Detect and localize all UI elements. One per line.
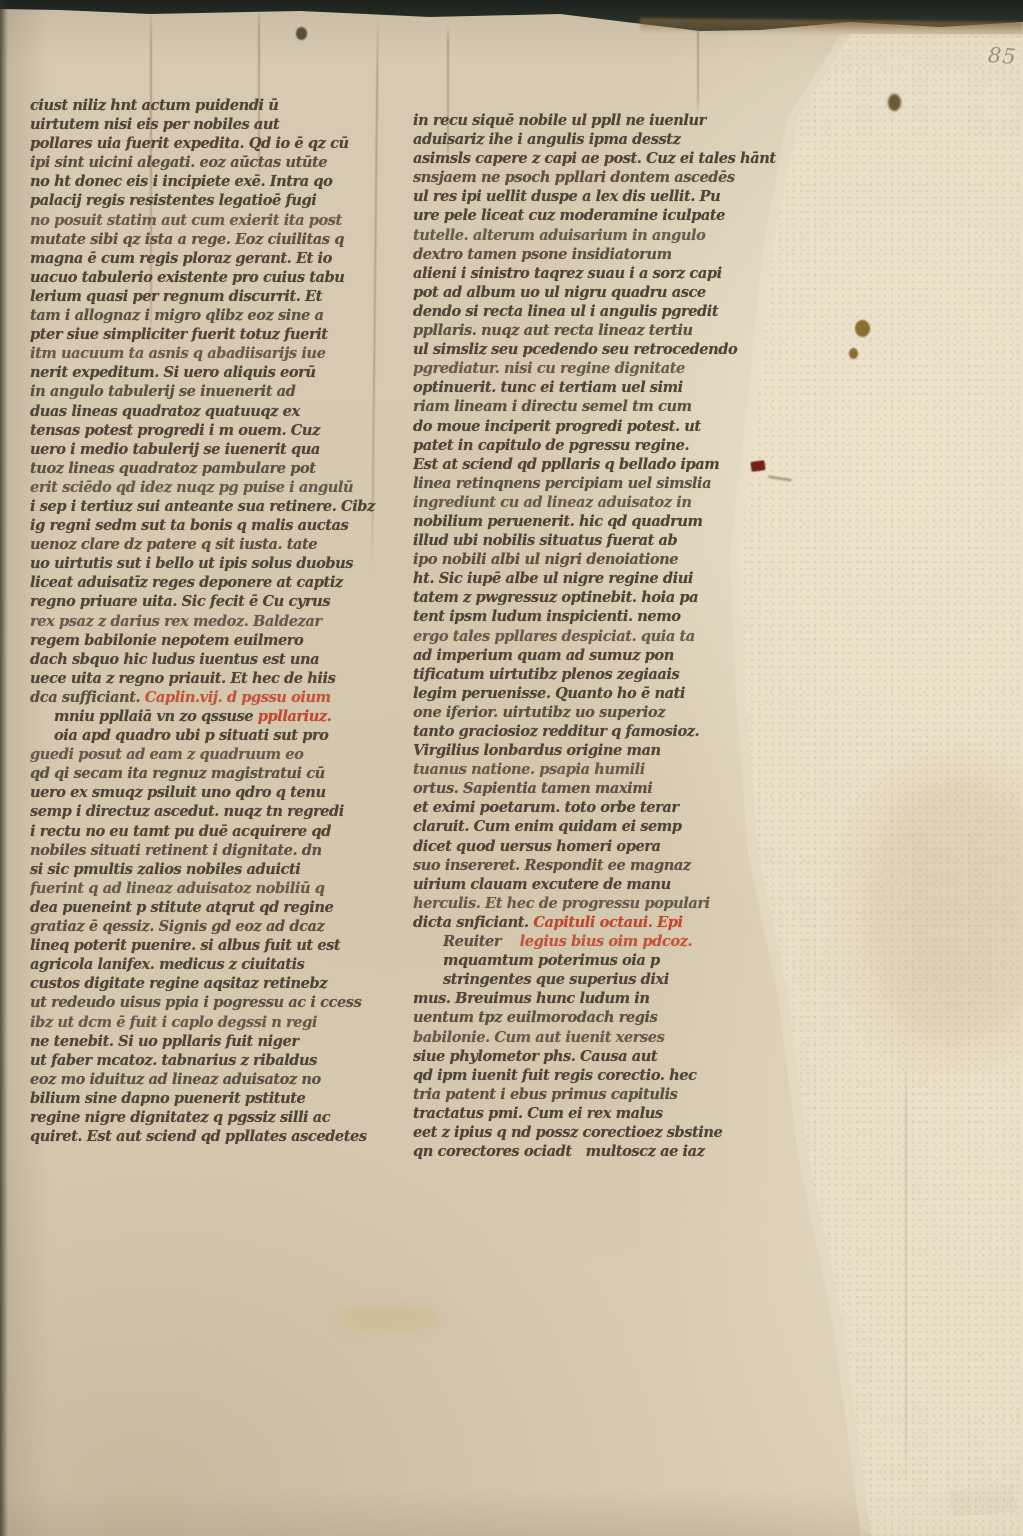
manuscript-line: uirtutem nisi eis per nobiles aut bbox=[30, 115, 402, 134]
body-text: pot ad album uo ul nigru quadru asce bbox=[413, 284, 706, 301]
body-text: eet z ipius q nd possz corectioez sbstin… bbox=[413, 1124, 722, 1141]
manuscript-line: in angulo tabulerij se inuenerit ad bbox=[30, 382, 402, 401]
body-text: stringentes que superius dixi bbox=[443, 971, 669, 988]
manuscript-line: herculis. Et hec de progressu populari bbox=[413, 894, 785, 913]
body-text: tensas potest progredi i m ouem. Cuz bbox=[30, 422, 320, 439]
body-text: tificatum uirtutibz plenos zegiaais bbox=[413, 666, 679, 683]
body-text: qd qi secam ita regnuz magistratui cū bbox=[30, 765, 325, 782]
body-text: itm uacuum ta asnis q abadiisarijs iue bbox=[30, 345, 325, 362]
manuscript-line: tatem z pwgressuz optinebit. hoia pa bbox=[413, 588, 785, 607]
body-text: patet in capitulo de pgressu regine. bbox=[413, 437, 689, 454]
body-text: tria patent i ebus primus capitulis bbox=[413, 1086, 677, 1103]
manuscript-line: dea pueneint p stitute atqrut qd regine bbox=[30, 898, 402, 917]
body-text: ingrediunt cu ad lineaz aduisatoz in bbox=[413, 494, 692, 511]
manuscript-line: tractatus pmi. Cum ei rex malus bbox=[413, 1104, 785, 1123]
body-text: mutate sibi qz ista a rege. Eoz ciuilita… bbox=[30, 231, 344, 248]
manuscript-line: ig regni sedm sut ta bonis q malis aucta… bbox=[30, 516, 402, 535]
body-text: tatem z pwgressuz optinebit. hoia pa bbox=[413, 589, 698, 606]
manuscript-line: qd qi secam ita regnuz magistratui cū bbox=[30, 764, 402, 783]
manuscript-line: ad imperium quam ad sumuz pon bbox=[413, 646, 785, 665]
body-text: rex psaz z darius rex medoz. Baldezar bbox=[30, 613, 322, 630]
body-text: bilium sine dapno puenerit pstitute bbox=[30, 1090, 305, 1107]
body-text: si sic pmultis zalios nobiles aduicti bbox=[30, 861, 300, 878]
body-text: ad imperium quam ad sumuz pon bbox=[413, 647, 674, 664]
rubric-text: Caplin.vij. d pgssu oium bbox=[145, 689, 331, 706]
body-text: dicet quod uersus homeri opera bbox=[413, 838, 661, 855]
manuscript-line: pter siue simpliciter fuerit totuz fueri… bbox=[30, 325, 402, 344]
body-text: herculis. Et hec de progressu populari bbox=[413, 895, 710, 912]
manuscript-line: lineq poterit puenire. si albus fuit ut … bbox=[30, 936, 402, 955]
body-text: gratiaz ē qessiz. Signis gd eoz ad dcaz bbox=[30, 918, 324, 935]
folio-number: 85 bbox=[987, 43, 1017, 69]
manuscript-line: legim peruenisse. Quanto ho ē nati bbox=[413, 684, 785, 703]
manuscript-line: qd ipm iuenit fuit regis corectio. hec bbox=[413, 1066, 785, 1085]
body-text: regno priuare uita. Sic fecit ē Cu cyrus bbox=[30, 593, 330, 610]
body-text: Virgilius lonbardus origine man bbox=[413, 742, 661, 759]
text-column-right: in recu siquē nobile ul ppll ne iuenlura… bbox=[413, 111, 785, 1167]
rubric-text: Capituli octaui. Epi bbox=[533, 914, 682, 931]
body-text: i sep i tertiuz sui anteante sua retiner… bbox=[30, 498, 375, 515]
manuscript-line: tam i allognaz i migro qlibz eoz sine a bbox=[30, 306, 402, 325]
manuscript-line: suo insereret. Respondit ee magnaz bbox=[413, 856, 785, 875]
manuscript-line: illud ubi nobilis situatus fuerat ab bbox=[413, 531, 785, 550]
body-text: no posuit statim aut cum exierit ita pos… bbox=[30, 212, 342, 229]
ink-fleck bbox=[296, 27, 307, 40]
body-text: in angulo tabulerij se inuenerit ad bbox=[30, 383, 295, 400]
manuscript-line: Est at sciend qd ppllaris q bellado ipam bbox=[413, 455, 785, 474]
manuscript-line: ut faber mcatoz. tabnarius z ribaldus bbox=[30, 1051, 402, 1070]
body-text: ul simsliz seu pcedendo seu retrocedendo bbox=[413, 341, 737, 358]
body-text: ortus. Sapientia tamen maximi bbox=[413, 780, 652, 797]
body-text: babilonie. Cum aut iuenit xerses bbox=[413, 1029, 664, 1046]
manuscript-line: uentum tpz euilmorodach regis bbox=[413, 1008, 785, 1027]
manuscript-line: liceat aduisatīz reges deponere at capti… bbox=[30, 573, 402, 592]
yellow-offset-mark bbox=[340, 1306, 440, 1330]
body-text: asimsls capere z capi ae post. Cuz ei ta… bbox=[413, 150, 776, 167]
body-text: tractatus pmi. Cum ei rex malus bbox=[413, 1105, 663, 1122]
body-text: mus. Breuimus hunc ludum in bbox=[413, 990, 650, 1007]
manuscript-line: agricola lanifex. medicus z ciuitatis bbox=[30, 955, 402, 974]
manuscript-line: custos digitate regine aqsitaz retinebz bbox=[30, 974, 402, 993]
manuscript-line: nobilium peruenerit. hic qd quadrum bbox=[413, 512, 785, 531]
body-text: uece uita z regno priauit. Et hec de hii… bbox=[30, 670, 335, 687]
body-text: claruit. Cum enim quidam ei semp bbox=[413, 818, 682, 835]
body-text: tuanus natione. psapia humili bbox=[413, 761, 645, 778]
manuscript-line: mus. Breuimus hunc ludum in bbox=[413, 989, 785, 1008]
body-text: i rectu no eu tamt pu duē acquirere qd bbox=[30, 823, 331, 840]
manuscript-line: dca sufficiant. Caplin.vij. d pgssu oium bbox=[30, 688, 402, 707]
text-column-left: ciust niliz hnt actum puidendi ūuirtutem… bbox=[30, 96, 402, 1152]
body-text: suo insereret. Respondit ee magnaz bbox=[413, 857, 691, 874]
manuscript-line: tanto graciosioz redditur q famosioz. bbox=[413, 722, 785, 741]
body-text: uenoz clare dz patere q sit iusta. tate bbox=[30, 536, 317, 553]
manuscript-line: pgrediatur. nisi cu regine dignitate bbox=[413, 359, 785, 378]
body-text: ibz ut dcm ē fuit i caplo degssi n regi bbox=[30, 1014, 317, 1031]
manuscript-line: ciust niliz hnt actum puidendi ū bbox=[30, 96, 402, 115]
body-text: palacij regis resistentes legatioē fugi bbox=[30, 192, 316, 209]
body-text: pgrediatur. nisi cu regine dignitate bbox=[413, 360, 685, 377]
body-text: ppllaris. nuqz aut recta lineaz tertiu bbox=[413, 322, 693, 339]
body-text: mquamtum poterimus oia p bbox=[443, 952, 660, 969]
manuscript-line: regem babilonie nepotem euilmero bbox=[30, 631, 402, 650]
manuscript-line: in recu siquē nobile ul ppll ne iuenlur bbox=[413, 111, 785, 130]
body-text: pter siue simpliciter fuerit totuz fueri… bbox=[30, 326, 328, 343]
body-text: uero i medio tabulerij se iuenerit qua bbox=[30, 441, 320, 458]
manuscript-line: ppllaris. nuqz aut recta lineaz tertiu bbox=[413, 321, 785, 340]
vertical-crease bbox=[905, 1060, 907, 1490]
body-text: et eximi poetarum. toto orbe terar bbox=[413, 799, 679, 816]
body-text: ergo tales ppllares despiciat. quia ta bbox=[413, 628, 695, 645]
body-text: uirtutem nisi eis per nobiles aut bbox=[30, 116, 279, 133]
manuscript-line: ul res ipi uellit duspe a lex dis uellit… bbox=[413, 187, 785, 206]
body-text: Reuiter bbox=[443, 933, 520, 950]
manuscript-line: oia apd quadro ubi p situati sut pro bbox=[30, 726, 402, 745]
body-text: dca sufficiant. bbox=[30, 689, 145, 706]
body-text: dextro tamen psone insidiatorum bbox=[413, 246, 672, 263]
body-text: fuerint q ad lineaz aduisatoz nobiliū q bbox=[30, 880, 325, 897]
manuscript-line: palacij regis resistentes legatioē fugi bbox=[30, 191, 402, 210]
body-text: snsjaem ne psoch ppllari dontem ascedēs bbox=[413, 169, 735, 186]
body-text: eoz mo iduituz ad lineaz aduisatoz no bbox=[30, 1071, 321, 1088]
manuscript-line: uirium clauam excutere de manu bbox=[413, 875, 785, 894]
manuscript-line: nerit expeditum. Si uero aliquis eorū bbox=[30, 363, 402, 382]
body-text: dicta snficiant. bbox=[413, 914, 533, 931]
body-text: qn corectores ociadt multoscz ae iaz bbox=[413, 1143, 704, 1160]
manuscript-line: ht. Sic iupē albe ul nigre regine diui bbox=[413, 569, 785, 588]
body-text: lineq poterit puenire. si albus fuit ut … bbox=[30, 937, 340, 954]
manuscript-line: mniu ppllaiā vn zo qssuse ppllariuz. bbox=[30, 707, 402, 726]
manuscript-line: ibz ut dcm ē fuit i caplo degssi n regi bbox=[30, 1013, 402, 1032]
manuscript-line: quiret. Est aut sciend qd ppllates asced… bbox=[30, 1127, 402, 1146]
body-text: uero ex smuqz psiluit uno qdro q tenu bbox=[30, 784, 326, 801]
brown-stain bbox=[855, 320, 870, 337]
body-text: one iferior. uirtutibz uo superioz bbox=[413, 704, 665, 721]
manuscript-line: patet in capitulo de pgressu regine. bbox=[413, 436, 785, 455]
body-text: ipo nobili albi ul nigri denoiatione bbox=[413, 551, 678, 568]
manuscript-line: one iferior. uirtutibz uo superioz bbox=[413, 703, 785, 722]
body-text: oia apd quadro ubi p situati sut pro bbox=[54, 727, 328, 744]
manuscript-line: qn corectores ociadt multoscz ae iaz bbox=[413, 1142, 785, 1161]
body-text: alieni i sinistro taqrez suau i a sorz c… bbox=[413, 265, 722, 282]
manuscript-line: mutate sibi qz ista a rege. Eoz ciuilita… bbox=[30, 230, 402, 249]
body-text: regem babilonie nepotem euilmero bbox=[30, 632, 303, 649]
manuscript-line: i rectu no eu tamt pu duē acquirere qd bbox=[30, 822, 402, 841]
body-text: ut redeudo uisus ppia i pogressu ac i cc… bbox=[30, 994, 361, 1011]
body-text: nobiles situati retinent i dignitate. dn bbox=[30, 842, 322, 859]
manuscript-line: tensas potest progredi i m ouem. Cuz bbox=[30, 421, 402, 440]
manuscript-line: tria patent i ebus primus capitulis bbox=[413, 1085, 785, 1104]
manuscript-line: i sep i tertiuz sui anteante sua retiner… bbox=[30, 497, 402, 516]
body-text: ciust niliz hnt actum puidendi ū bbox=[30, 97, 278, 114]
manuscript-line: optinuerit. tunc ei tertiam uel simi bbox=[413, 378, 785, 397]
pencil-scribble bbox=[949, 1486, 1017, 1517]
manuscript-line: tuoz lineas quadratoz pambulare pot bbox=[30, 459, 402, 478]
body-text: qd ipm iuenit fuit regis corectio. hec bbox=[413, 1067, 697, 1084]
body-text: quiret. Est aut sciend qd ppllates asced… bbox=[30, 1128, 367, 1145]
body-text: erit sciēdo qd idez nuqz pg puise i angu… bbox=[30, 479, 353, 496]
brown-stain bbox=[849, 348, 858, 359]
body-text: ut faber mcatoz. tabnarius z ribaldus bbox=[30, 1052, 317, 1069]
manuscript-line: erit sciēdo qd idez nuqz pg puise i angu… bbox=[30, 478, 402, 497]
body-text: uacuo tabulerio existente pro cuius tabu bbox=[30, 269, 344, 286]
manuscript-line: tificatum uirtutibz plenos zegiaais bbox=[413, 665, 785, 684]
manuscript-line: nobiles situati retinent i dignitate. dn bbox=[30, 841, 402, 860]
body-text: ne tenebit. Si uo ppllaris fuit niger bbox=[30, 1033, 299, 1050]
large-faint-stain bbox=[862, 770, 1023, 1050]
manuscript-line: pot ad album uo ul nigru quadru asce bbox=[413, 283, 785, 302]
manuscript-line: guedi posut ad eam z quadruum eo bbox=[30, 745, 402, 764]
manuscript-line: ipi sint uicini alegati. eoz aūctas utūt… bbox=[30, 153, 402, 172]
manuscript-line: ure pele liceat cuz moderamine iculpate bbox=[413, 206, 785, 225]
manuscript-line: ul simsliz seu pcedendo seu retrocedendo bbox=[413, 340, 785, 359]
brown-stain bbox=[888, 94, 901, 111]
body-text: custos digitate regine aqsitaz retinebz bbox=[30, 975, 327, 992]
manuscript-line: uenoz clare dz patere q sit iusta. tate bbox=[30, 535, 402, 554]
manuscript-line: regine nigre dignitatez q pgssiz silli a… bbox=[30, 1108, 402, 1127]
manuscript-line: et eximi poetarum. toto orbe terar bbox=[413, 798, 785, 817]
manuscript-line: dicta snficiant. Capituli octaui. Epi bbox=[413, 913, 785, 932]
manuscript-line: aduisariz ihe i angulis ipma desstz bbox=[413, 130, 785, 149]
manuscript-line: linea retinqnens percipiam uel simslia bbox=[413, 474, 785, 493]
vertical-crease bbox=[697, 14, 699, 114]
manuscript-line: uero ex smuqz psiluit uno qdro q tenu bbox=[30, 783, 402, 802]
body-text: magna ē cum regis ploraz gerant. Et io bbox=[30, 250, 332, 267]
body-text: mniu ppllaiā vn zo qssuse bbox=[54, 708, 258, 725]
rubric-text: legius bius oim pdcoz. bbox=[520, 933, 692, 950]
manuscript-line: tuanus natione. psapia humili bbox=[413, 760, 785, 779]
manuscript-line: dach sbquo hic ludus iuentus est una bbox=[30, 650, 402, 669]
manuscript-line: ingrediunt cu ad lineaz aduisatoz in bbox=[413, 493, 785, 512]
body-text: illud ubi nobilis situatus fuerat ab bbox=[413, 532, 677, 549]
body-text: tanto graciosioz redditur q famosioz. bbox=[413, 723, 699, 740]
body-text: ht. Sic iupē albe ul nigre regine diui bbox=[413, 570, 693, 587]
manuscript-line: dextro tamen psone insidiatorum bbox=[413, 245, 785, 264]
body-text: lerium quasi per regnum discurrit. Et bbox=[30, 288, 322, 305]
body-text: riam lineam i directu semel tm cum bbox=[413, 398, 692, 415]
manuscript-line: asimsls capere z capi ae post. Cuz ei ta… bbox=[413, 149, 785, 168]
manuscript-line: tutelle. alterum aduisarium in angulo bbox=[413, 226, 785, 245]
body-text: duas lineas quadratoz quatuuqz ex bbox=[30, 403, 300, 420]
body-text: linea retinqnens percipiam uel simslia bbox=[413, 475, 711, 492]
manuscript-line: do moue inciperit progredi potest. ut bbox=[413, 417, 785, 436]
body-text: dach sbquo hic ludus iuentus est una bbox=[30, 651, 319, 668]
manuscript-line: ipo nobili albi ul nigri denoiatione bbox=[413, 550, 785, 569]
manuscript-line: ne tenebit. Si uo ppllaris fuit niger bbox=[30, 1032, 402, 1051]
manuscript-line: stringentes que superius dixi bbox=[413, 970, 785, 989]
manuscript-line: ergo tales ppllares despiciat. quia ta bbox=[413, 627, 785, 646]
body-text: pollares uia fuerit expedita. Qd io ē qz… bbox=[30, 135, 349, 152]
body-text: aduisariz ihe i angulis ipma desstz bbox=[413, 131, 680, 148]
gutter-shadow bbox=[0, 0, 8, 1536]
manuscript-line: uero i medio tabulerij se iuenerit qua bbox=[30, 440, 402, 459]
manuscript-line: dendo si recta linea ul i angulis pgredi… bbox=[413, 302, 785, 321]
manuscript-line: claruit. Cum enim quidam ei semp bbox=[413, 817, 785, 836]
body-text: uo uirtutis sut i bello ut ipis solus du… bbox=[30, 555, 353, 572]
manuscript-line: tent ipsm ludum inspicienti. nemo bbox=[413, 607, 785, 626]
body-text: dendo si recta linea ul i angulis pgredi… bbox=[413, 303, 718, 320]
manuscript-line: semp i directuz ascedut. nuqz tn regredi bbox=[30, 802, 402, 821]
manuscript-line: siue phylometor phs. Causa aut bbox=[413, 1047, 785, 1066]
body-text: tam i allognaz i migro qlibz eoz sine a bbox=[30, 307, 323, 324]
body-text: ure pele liceat cuz moderamine iculpate bbox=[413, 207, 725, 224]
manuscript-line: lerium quasi per regnum discurrit. Et bbox=[30, 287, 402, 306]
manuscript-line: no ht donec eis i incipiete exē. Intra q… bbox=[30, 172, 402, 191]
body-text: optinuerit. tunc ei tertiam uel simi bbox=[413, 379, 683, 396]
manuscript-line: Reuiter legius bius oim pdcoz. bbox=[413, 932, 785, 951]
body-text: siue phylometor phs. Causa aut bbox=[413, 1048, 657, 1065]
manuscript-line: bilium sine dapno puenerit pstitute bbox=[30, 1089, 402, 1108]
manuscript-line: ut redeudo uisus ppia i pogressu ac i cc… bbox=[30, 993, 402, 1012]
manuscript-line: gratiaz ē qessiz. Signis gd eoz ad dcaz bbox=[30, 917, 402, 936]
body-text: legim peruenisse. Quanto ho ē nati bbox=[413, 685, 685, 702]
manuscript-line: itm uacuum ta asnis q abadiisarijs iue bbox=[30, 344, 402, 363]
manuscript-line: uece uita z regno priauit. Et hec de hii… bbox=[30, 669, 402, 688]
manuscript-line: pollares uia fuerit expedita. Qd io ē qz… bbox=[30, 134, 402, 153]
body-text: ul res ipi uellit duspe a lex dis uellit… bbox=[413, 188, 720, 205]
manuscript-line: rex psaz z darius rex medoz. Baldezar bbox=[30, 612, 402, 631]
body-text: liceat aduisatīz reges deponere at capti… bbox=[30, 574, 343, 591]
manuscript-line: magna ē cum regis ploraz gerant. Et io bbox=[30, 249, 402, 268]
body-text: ig regni sedm sut ta bonis q malis aucta… bbox=[30, 517, 348, 534]
manuscript-line: alieni i sinistro taqrez suau i a sorz c… bbox=[413, 264, 785, 283]
manuscript-line: regno priuare uita. Sic fecit ē Cu cyrus bbox=[30, 592, 402, 611]
body-text: uentum tpz euilmorodach regis bbox=[413, 1009, 657, 1026]
manuscript-line: riam lineam i directu semel tm cum bbox=[413, 397, 785, 416]
rubric-text: ppllariuz. bbox=[258, 708, 332, 725]
manuscript-line: babilonie. Cum aut iuenit xerses bbox=[413, 1028, 785, 1047]
manuscript-line: ortus. Sapientia tamen maximi bbox=[413, 779, 785, 798]
body-text: regine nigre dignitatez q pgssiz silli a… bbox=[30, 1109, 330, 1126]
body-text: ipi sint uicini alegati. eoz aūctas utūt… bbox=[30, 154, 327, 171]
manuscript-line: fuerint q ad lineaz aduisatoz nobiliū q bbox=[30, 879, 402, 898]
body-text: tutelle. alterum aduisarium in angulo bbox=[413, 227, 705, 244]
body-text: nerit expeditum. Si uero aliquis eorū bbox=[30, 364, 316, 381]
manuscript-line: uacuo tabulerio existente pro cuius tabu bbox=[30, 268, 402, 287]
manuscript-line: dicet quod uersus homeri opera bbox=[413, 837, 785, 856]
body-text: guedi posut ad eam z quadruum eo bbox=[30, 746, 303, 763]
manuscript-line: eoz mo iduituz ad lineaz aduisatoz no bbox=[30, 1070, 402, 1089]
manuscript-line: uo uirtutis sut i bello ut ipis solus du… bbox=[30, 554, 402, 573]
manuscript-line: mquamtum poterimus oia p bbox=[413, 951, 785, 970]
manuscript-line: duas lineas quadratoz quatuuqz ex bbox=[30, 402, 402, 421]
body-text: tent ipsm ludum inspicienti. nemo bbox=[413, 608, 681, 625]
manuscript-line: si sic pmultis zalios nobiles aduicti bbox=[30, 860, 402, 879]
body-text: do moue inciperit progredi potest. ut bbox=[413, 418, 701, 435]
body-text: semp i directuz ascedut. nuqz tn regredi bbox=[30, 803, 344, 820]
manuscript-line: snsjaem ne psoch ppllari dontem ascedēs bbox=[413, 168, 785, 187]
body-text: uirium clauam excutere de manu bbox=[413, 876, 671, 893]
manuscript-line: eet z ipius q nd possz corectioez sbstin… bbox=[413, 1123, 785, 1142]
body-text: dea pueneint p stitute atqrut qd regine bbox=[30, 899, 333, 916]
manuscript-line: Virgilius lonbardus origine man bbox=[413, 741, 785, 760]
body-text: in recu siquē nobile ul ppll ne iuenlur bbox=[413, 112, 706, 129]
body-text: Est at sciend qd ppllaris q bellado ipam bbox=[413, 456, 719, 473]
body-text: tuoz lineas quadratoz pambulare pot bbox=[30, 460, 316, 477]
body-text: no ht donec eis i incipiete exē. Intra q… bbox=[30, 173, 332, 190]
body-text: nobilium peruenerit. hic qd quadrum bbox=[413, 513, 703, 530]
manuscript-line: no posuit statim aut cum exierit ita pos… bbox=[30, 211, 402, 230]
body-text: agricola lanifex. medicus z ciuitatis bbox=[30, 956, 304, 973]
manuscript-photo: 85 ciust niliz hnt actum puidendi ūuirtu… bbox=[0, 0, 1023, 1536]
